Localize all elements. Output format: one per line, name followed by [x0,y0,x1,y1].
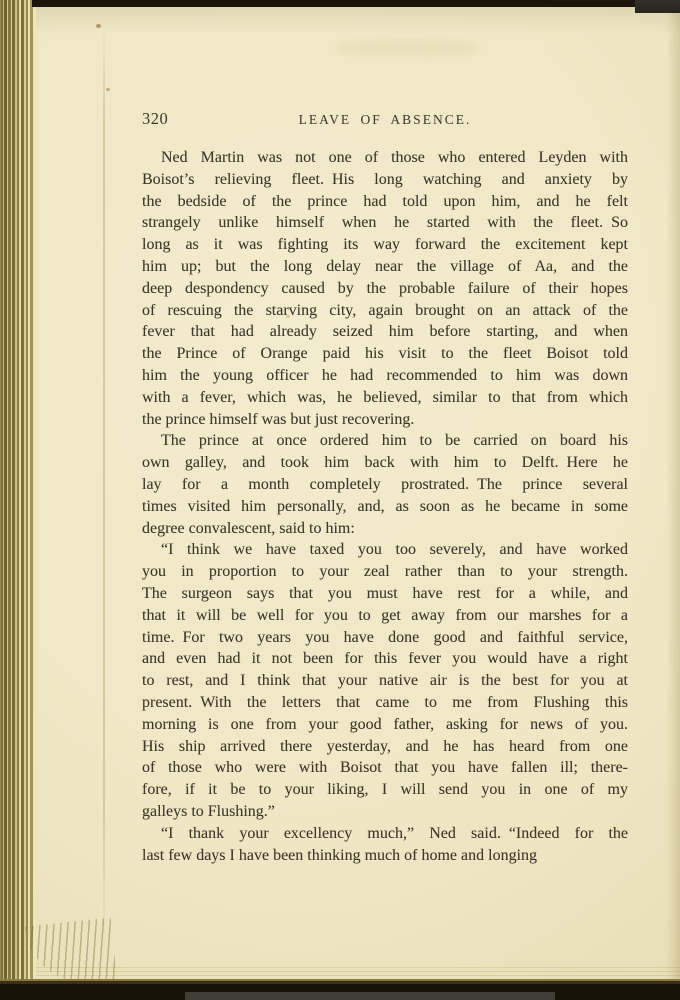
text-line: present. With the letters that came to m… [142,692,628,714]
text-line: Boisot’s relieving fleet. His long watch… [142,169,628,191]
text-line: and even had it not been for this fever … [142,648,628,670]
text-line: His ship arrived there yesterday, and he… [142,736,628,758]
text-line: long as it was fighting its way forward … [142,234,628,256]
text-line: “I thank your excellency much,” Ned said… [142,823,628,845]
text-line: the bedside of the prince had told upon … [142,191,628,213]
text-line: fever that had already seized him before… [142,321,628,343]
text-body: Ned Martin was not one of those who ente… [142,147,628,866]
text-line: the prince himself was but just recoveri… [142,409,628,431]
text-line: last few days I have been thinking much … [142,845,628,867]
text-line: Ned Martin was not one of those who ente… [142,147,628,169]
text-line: “I think we have taxed you too severely,… [142,539,628,561]
text-line: of rescuing the starving city, again bro… [142,300,628,322]
page-header: 320 LEAVE OF ABSENCE. [142,109,628,131]
page-surface: 320 LEAVE OF ABSENCE. Ned Martin was not… [36,0,680,1000]
paragraph: “I thank your excellency much,” Ned said… [142,823,628,867]
text-line: galleys to Flushing.” [142,801,628,823]
text-line: of those who were with Boisot that you h… [142,757,628,779]
text-line: that it will be well for you to get away… [142,605,628,627]
text-line: times visited him personally, and, as so… [142,496,628,518]
text-line: lay for a month completely prostrated. T… [142,474,628,496]
top-edge-shadow [32,0,680,7]
text-line: him up; but the long delay near the vill… [142,256,628,278]
text-line: strangely unlike himself when he started… [142,212,628,234]
text-line: him the young officer he had recommended… [142,365,628,387]
paper-stain [96,24,101,28]
text-line: The surgeon says that you must have rest… [142,583,628,605]
page-bottom-edges [36,964,680,979]
paper-stain [106,88,110,91]
text-line: the Prince of Orange paid his visit to t… [142,343,628,365]
text-line: degree convalescent, said to him: [142,518,628,540]
paragraph: The prince at once ordered him to be car… [142,430,628,539]
running-header: LEAVE OF ABSENCE. [142,112,628,128]
scanned-book-page: 320 LEAVE OF ABSENCE. Ned Martin was not… [0,0,680,1000]
paper-stain [336,40,476,56]
top-right-shadow [635,0,680,13]
text-line: The prince at once ordered him to be car… [142,430,628,452]
text-line: fore, if it be to your liking, I will se… [142,779,628,801]
table-surface-glimpse [185,992,555,1000]
paragraph: “I think we have taxed you too severely,… [142,539,628,822]
text-line: you in proportion to your zeal rather th… [142,561,628,583]
text-line: time. For two years you have done good a… [142,627,628,649]
text-line: morning is one from your good father, as… [142,714,628,736]
book-page-edges [0,0,36,1000]
text-line: own galley, and took him back with him t… [142,452,628,474]
paragraph: Ned Martin was not one of those who ente… [142,147,628,430]
text-line: to rest, and I think that your native ai… [142,670,628,692]
under-page-edge-line [103,25,105,955]
text-line: with a fever, which was, he believed, si… [142,387,628,409]
text-line: deep despondency caused by the probable … [142,278,628,300]
